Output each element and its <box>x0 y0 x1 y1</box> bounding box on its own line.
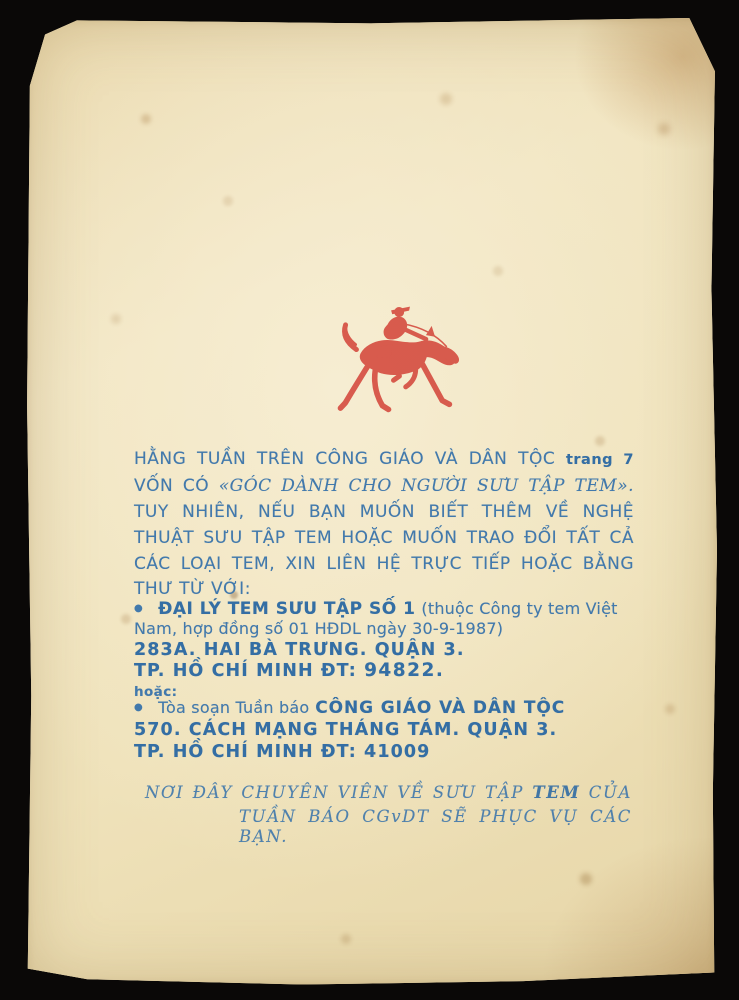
intro-line-2-prefix: VỐN CÓ <box>134 476 209 496</box>
intro-line-1-text: HẰNG TUẦN TRÊN CÔNG GIÁO VÀ DÂN TỘC <box>134 449 555 469</box>
agency1-note1: (thuộc Công ty tem Việt <box>421 599 617 618</box>
intro-line-1-page-ref: trang 7 <box>566 452 634 468</box>
pony-express-rider-icon <box>333 299 469 432</box>
scanned-back-cover: { "theme":{ "bg":"#0a0807", "paper":"#ee… <box>0 0 739 1000</box>
footer-line-1-b: CỦA <box>589 783 632 802</box>
agency1-name-line: ● ĐẠI LÝ TEM SƯU TẬP SỐ 1 (thuộc Công ty… <box>134 599 634 619</box>
intro-line-6: THƯ TỪ VỚI: <box>134 579 634 599</box>
agency1-name: ĐẠI LÝ TEM SƯU TẬP SỐ 1 <box>158 599 415 619</box>
agency1-phone: 94822. <box>364 660 444 681</box>
agency2-name-line: ● Tòa soạn Tuần báo CÔNG GIÁO VÀ DÂN TỘC <box>134 698 634 718</box>
intro-line-3: TUY NHIÊN, NẾU BẠN MUỐN BIẾT THÊM VỀ NGH… <box>134 502 634 522</box>
bullet-icon: ● <box>134 603 143 614</box>
agency1-note2: Nam, hợp đồng số 01 HĐDL ngày 30-9-1987) <box>134 619 634 639</box>
intro-line-4: THUẬT SƯU TẬP TEM HOẶC MUỐN TRAO ĐỔI TẤT… <box>134 528 634 548</box>
agency2-name: CÔNG GIÁO VÀ DÂN TỘC <box>315 698 565 718</box>
intro-line-5: CÁC LOẠI TEM, XIN LIÊN HỆ TRỰC TIẾP HOẶC… <box>134 554 634 574</box>
paper-page: HẰNG TUẦN TRÊN CÔNG GIÁO VÀ DÂN TỘC tran… <box>25 18 717 986</box>
agency1-city-phone-line: TP. HỒ CHÍ MINH ĐT: 94822. <box>134 661 634 681</box>
footer-line-1-a: NƠI ĐÂY CHUYÊN VIÊN VỀ SƯU TẬP <box>145 783 524 802</box>
intro-line-2: VỐN CÓ «GÓC DÀNH CHO NGƯỜI SƯU TẬP TEM». <box>134 476 634 496</box>
agency1-city: TP. HỒ CHÍ MINH ĐT: <box>134 661 357 681</box>
footer-line-1: NƠI ĐÂY CHUYÊN VIÊN VỀ SƯU TẬP TEM CỦA <box>145 783 632 803</box>
agency2-street: 570. CÁCH MẠNG THÁNG TÁM. QUẬN 3. <box>134 720 634 740</box>
footer-line-1-tem: TEM <box>532 783 580 802</box>
footer-line-2: TUẦN BÁO CGvDT SẼ PHỤC VỤ CÁC BẠN. <box>239 807 632 847</box>
intro-line-1: HẰNG TUẦN TRÊN CÔNG GIÁO VÀ DÂN TỘC tran… <box>134 449 634 470</box>
agency2-prefix: Tòa soạn Tuần báo <box>158 698 309 717</box>
intro-line-2-quote: «GÓC DÀNH CHO NGƯỜI SƯU TẬP TEM». <box>219 476 634 496</box>
bullet-icon: ● <box>134 702 143 713</box>
agency2-city-phone: TP. HỒ CHÍ MINH ĐT: 41009 <box>134 742 634 762</box>
agency1-street: 283A. HAI BÀ TRƯNG. QUẬN 3. <box>134 640 634 660</box>
